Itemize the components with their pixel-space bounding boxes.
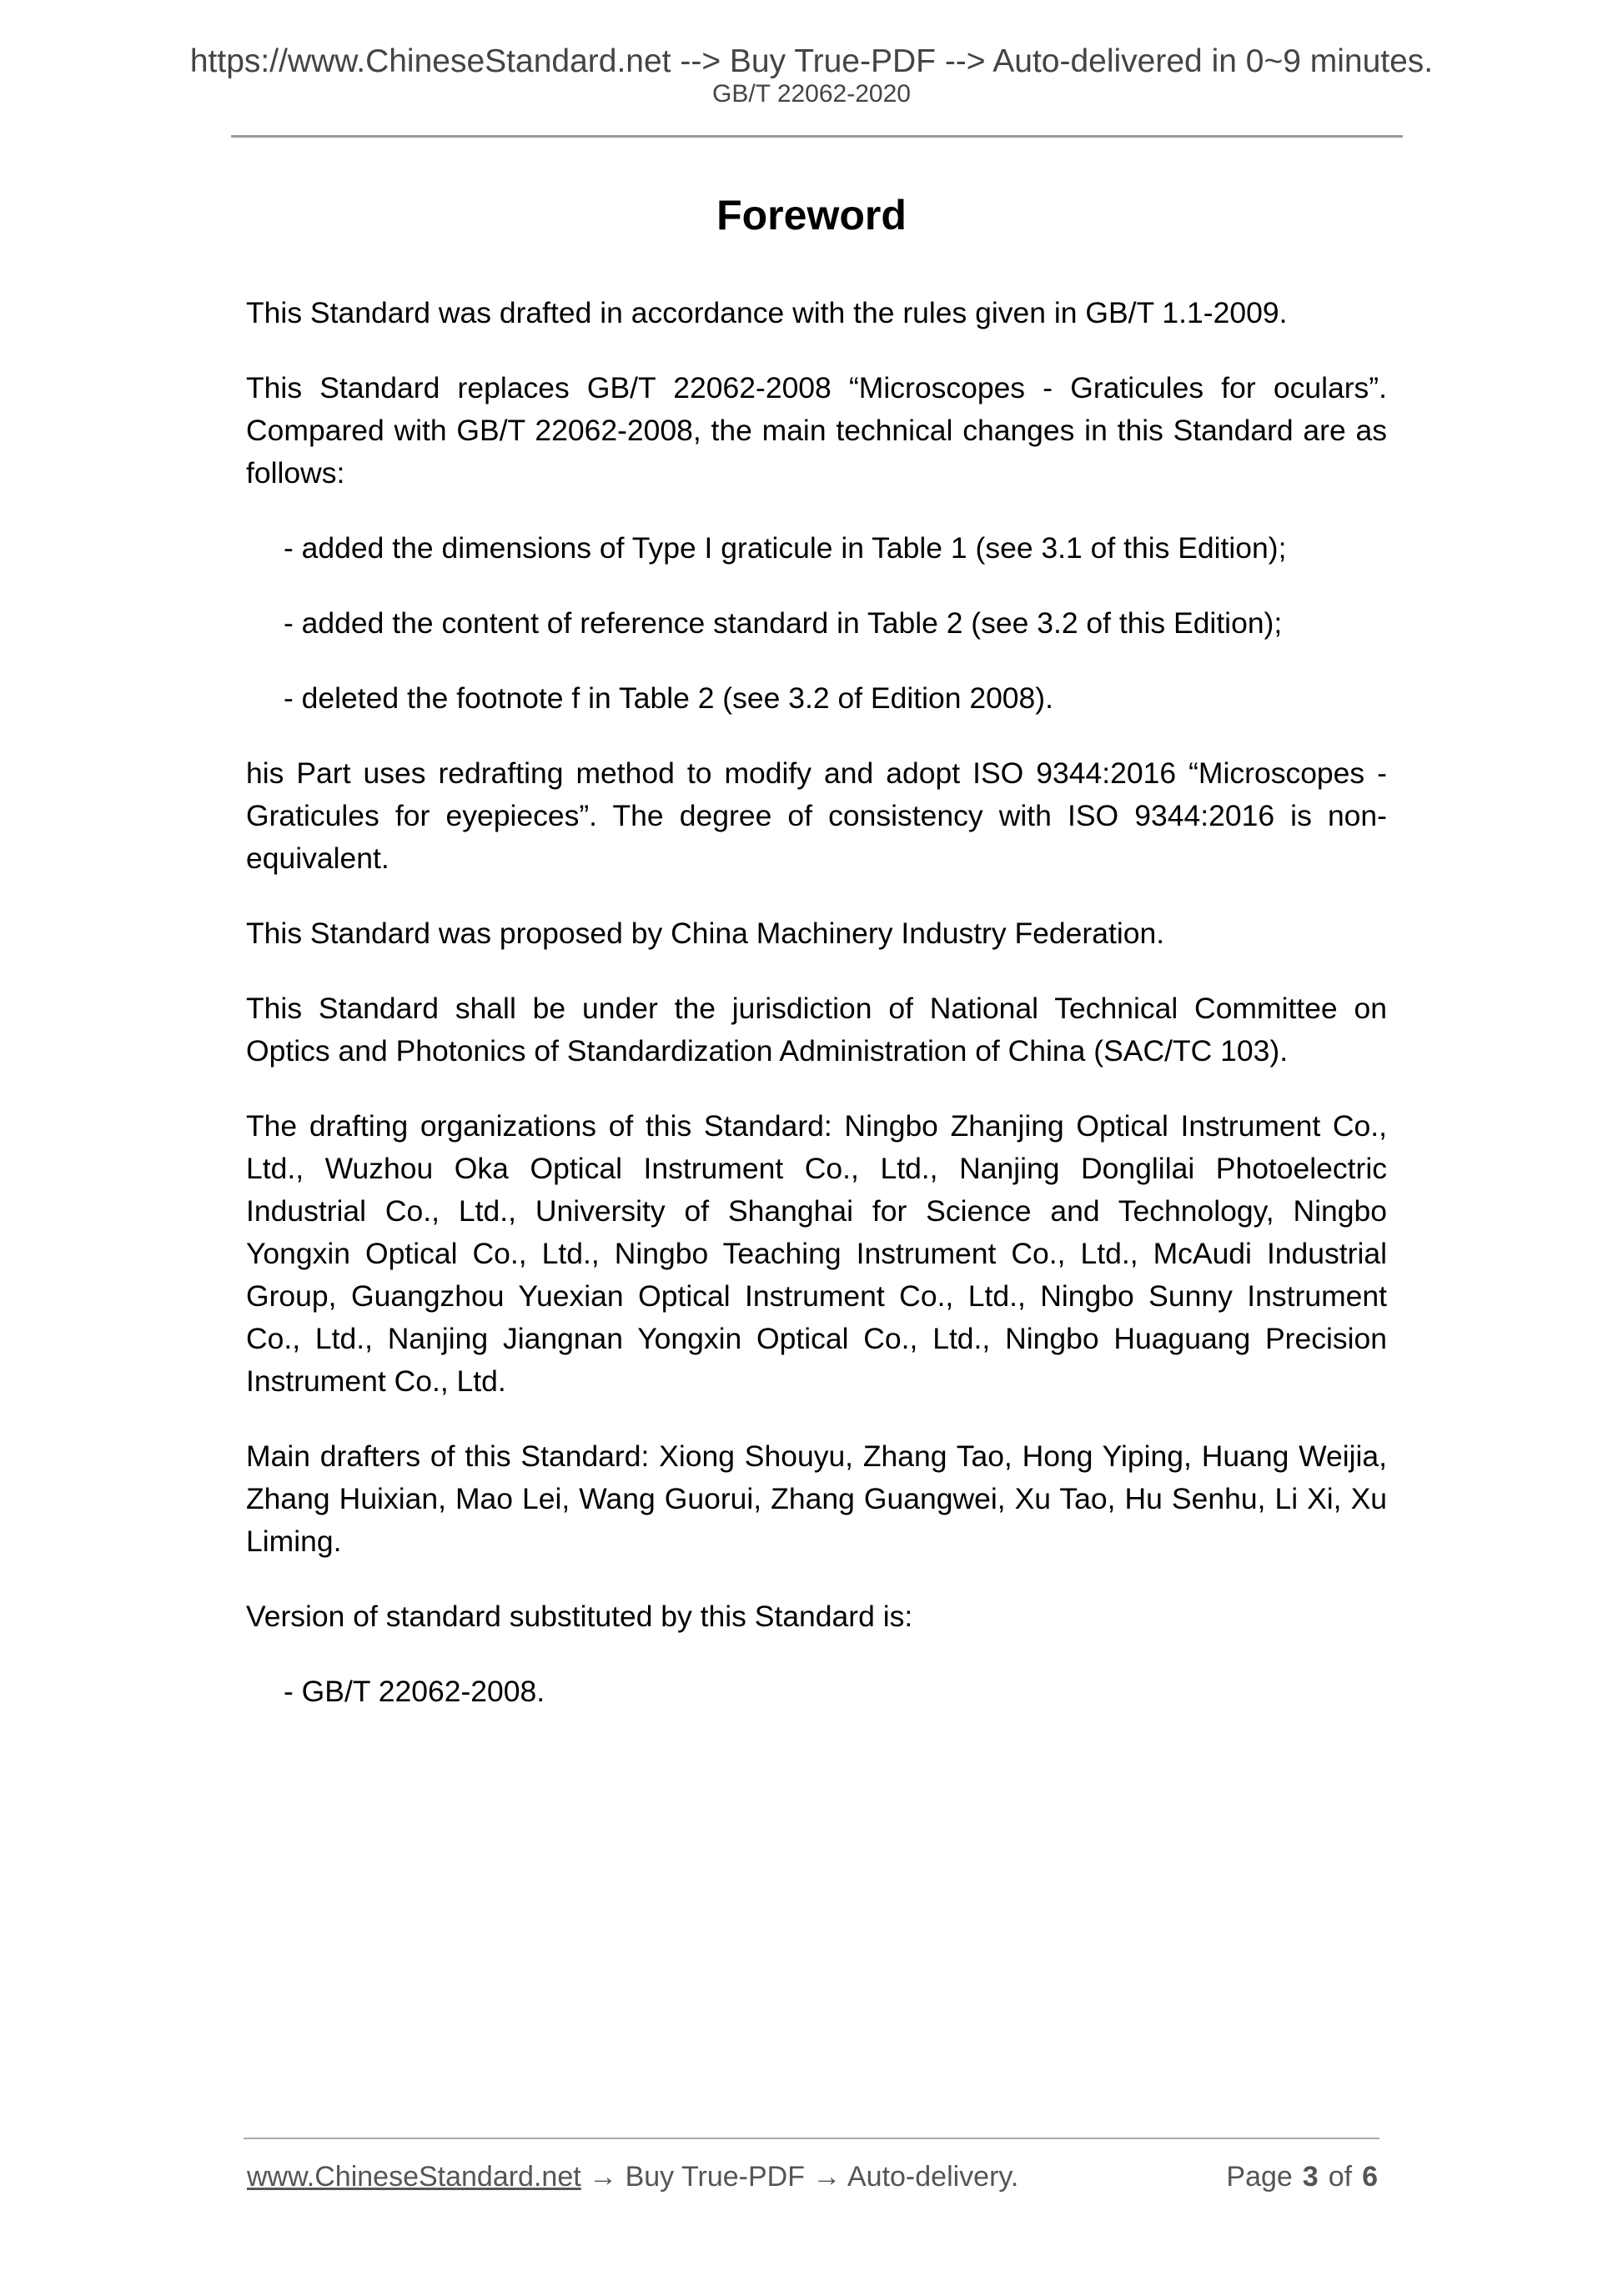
page-title: Foreword <box>0 190 1623 240</box>
document-body: This Standard was drafted in accordance … <box>246 292 1387 1746</box>
header-divider <box>231 135 1403 138</box>
paragraph: This Standard shall be under the jurisdi… <box>246 987 1387 1073</box>
page-total: 6 <box>1362 2161 1378 2193</box>
paragraph: Version of standard substituted by this … <box>246 1595 1387 1638</box>
page-current: 3 <box>1303 2161 1319 2193</box>
page-of: of <box>1329 2161 1352 2193</box>
list-item: - added the dimensions of Type I graticu… <box>246 527 1387 570</box>
paragraph: his Part uses redrafting method to modif… <box>246 752 1387 880</box>
paragraph: This Standard was proposed by China Mach… <box>246 912 1387 955</box>
footer-tagline: → Buy True-PDF → Auto-delivery. <box>581 2161 1019 2193</box>
paragraph: This Standard was drafted in accordance … <box>246 292 1387 334</box>
paragraph: Main drafters of this Standard: Xiong Sh… <box>246 1435 1387 1563</box>
page-indicator: Page3of6 <box>1226 2160 1378 2193</box>
footer: www.ChineseStandard.net → Buy True-PDF →… <box>247 2160 1378 2193</box>
footer-divider <box>244 2138 1379 2139</box>
header-banner: https://www.ChineseStandard.net --> Buy … <box>0 43 1623 80</box>
list-item: - deleted the footnote f in Table 2 (see… <box>246 677 1387 720</box>
standard-code: GB/T 22062-2020 <box>0 80 1623 108</box>
page-label: Page <box>1226 2161 1292 2193</box>
paragraph: The drafting organizations of this Stand… <box>246 1105 1387 1403</box>
list-item: - GB/T 22062-2008. <box>246 1671 1387 1713</box>
website-link[interactable]: www.ChineseStandard.net <box>247 2161 581 2193</box>
paragraph: This Standard replaces GB/T 22062-2008 “… <box>246 367 1387 495</box>
list-item: - added the content of reference standar… <box>246 602 1387 645</box>
footer-left: www.ChineseStandard.net → Buy True-PDF →… <box>247 2160 1018 2193</box>
